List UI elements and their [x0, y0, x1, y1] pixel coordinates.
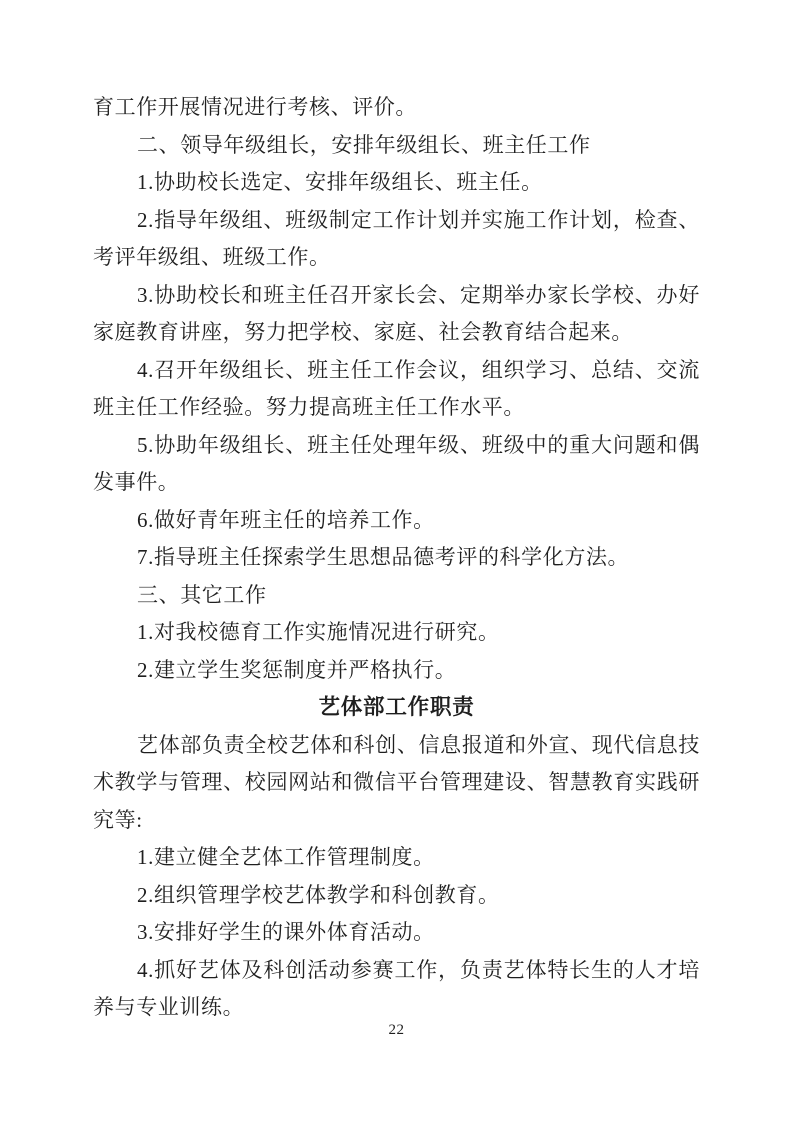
paragraph: 1.协助校长选定、安排年级组长、班主任。: [93, 164, 700, 202]
paragraph: 1.对我校德育工作实施情况进行研究。: [93, 614, 700, 652]
paragraph: 5.协助年级组长、班主任处理年级、班级中的重大问题和偶发事件。: [93, 427, 700, 502]
document-body: 育工作开展情况进行考核、评价。二、领导年级组长，安排年级组长、班主任工作1.协助…: [93, 89, 700, 1027]
paragraph: 7.指导班主任探索学生思想品德考评的科学化方法。: [93, 539, 700, 577]
paragraph: 1.建立健全艺体工作管理制度。: [93, 839, 700, 877]
paragraph: 4.抓好艺体及科创活动参赛工作，负责艺体特长生的人才培养与专业训练。: [93, 952, 700, 1027]
paragraph: 2.指导年级组、班级制定工作计划并实施工作计划，检查、考评年级组、班级工作。: [93, 202, 700, 277]
paragraph: 二、领导年级组长，安排年级组长、班主任工作: [93, 127, 700, 165]
paragraph: 育工作开展情况进行考核、评价。: [93, 89, 700, 127]
paragraph: 2.组织管理学校艺体教学和科创教育。: [93, 877, 700, 915]
page-footer: 22: [0, 1019, 793, 1041]
paragraph: 4.召开年级组长、班主任工作会议，组织学习、总结、交流班主任工作经验。努力提高班…: [93, 352, 700, 427]
paragraph: 艺体部负责全校艺体和科创、信息报道和外宣、现代信息技术教学与管理、校园网站和微信…: [93, 727, 700, 840]
paragraph: 6.做好青年班主任的培养工作。: [93, 502, 700, 540]
paragraph: 3.安排好学生的课外体育活动。: [93, 914, 700, 952]
paragraph: 2.建立学生奖惩制度并严格执行。: [93, 652, 700, 690]
paragraph: 三、其它工作: [93, 577, 700, 615]
document-page: 育工作开展情况进行考核、评价。二、领导年级组长，安排年级组长、班主任工作1.协助…: [0, 0, 793, 1122]
paragraph: 3.协助校长和班主任召开家长会、定期举办家长学校、办好家庭教育讲座，努力把学校、…: [93, 277, 700, 352]
section-heading: 艺体部工作职责: [93, 689, 700, 727]
page-number: 22: [389, 1022, 405, 1038]
